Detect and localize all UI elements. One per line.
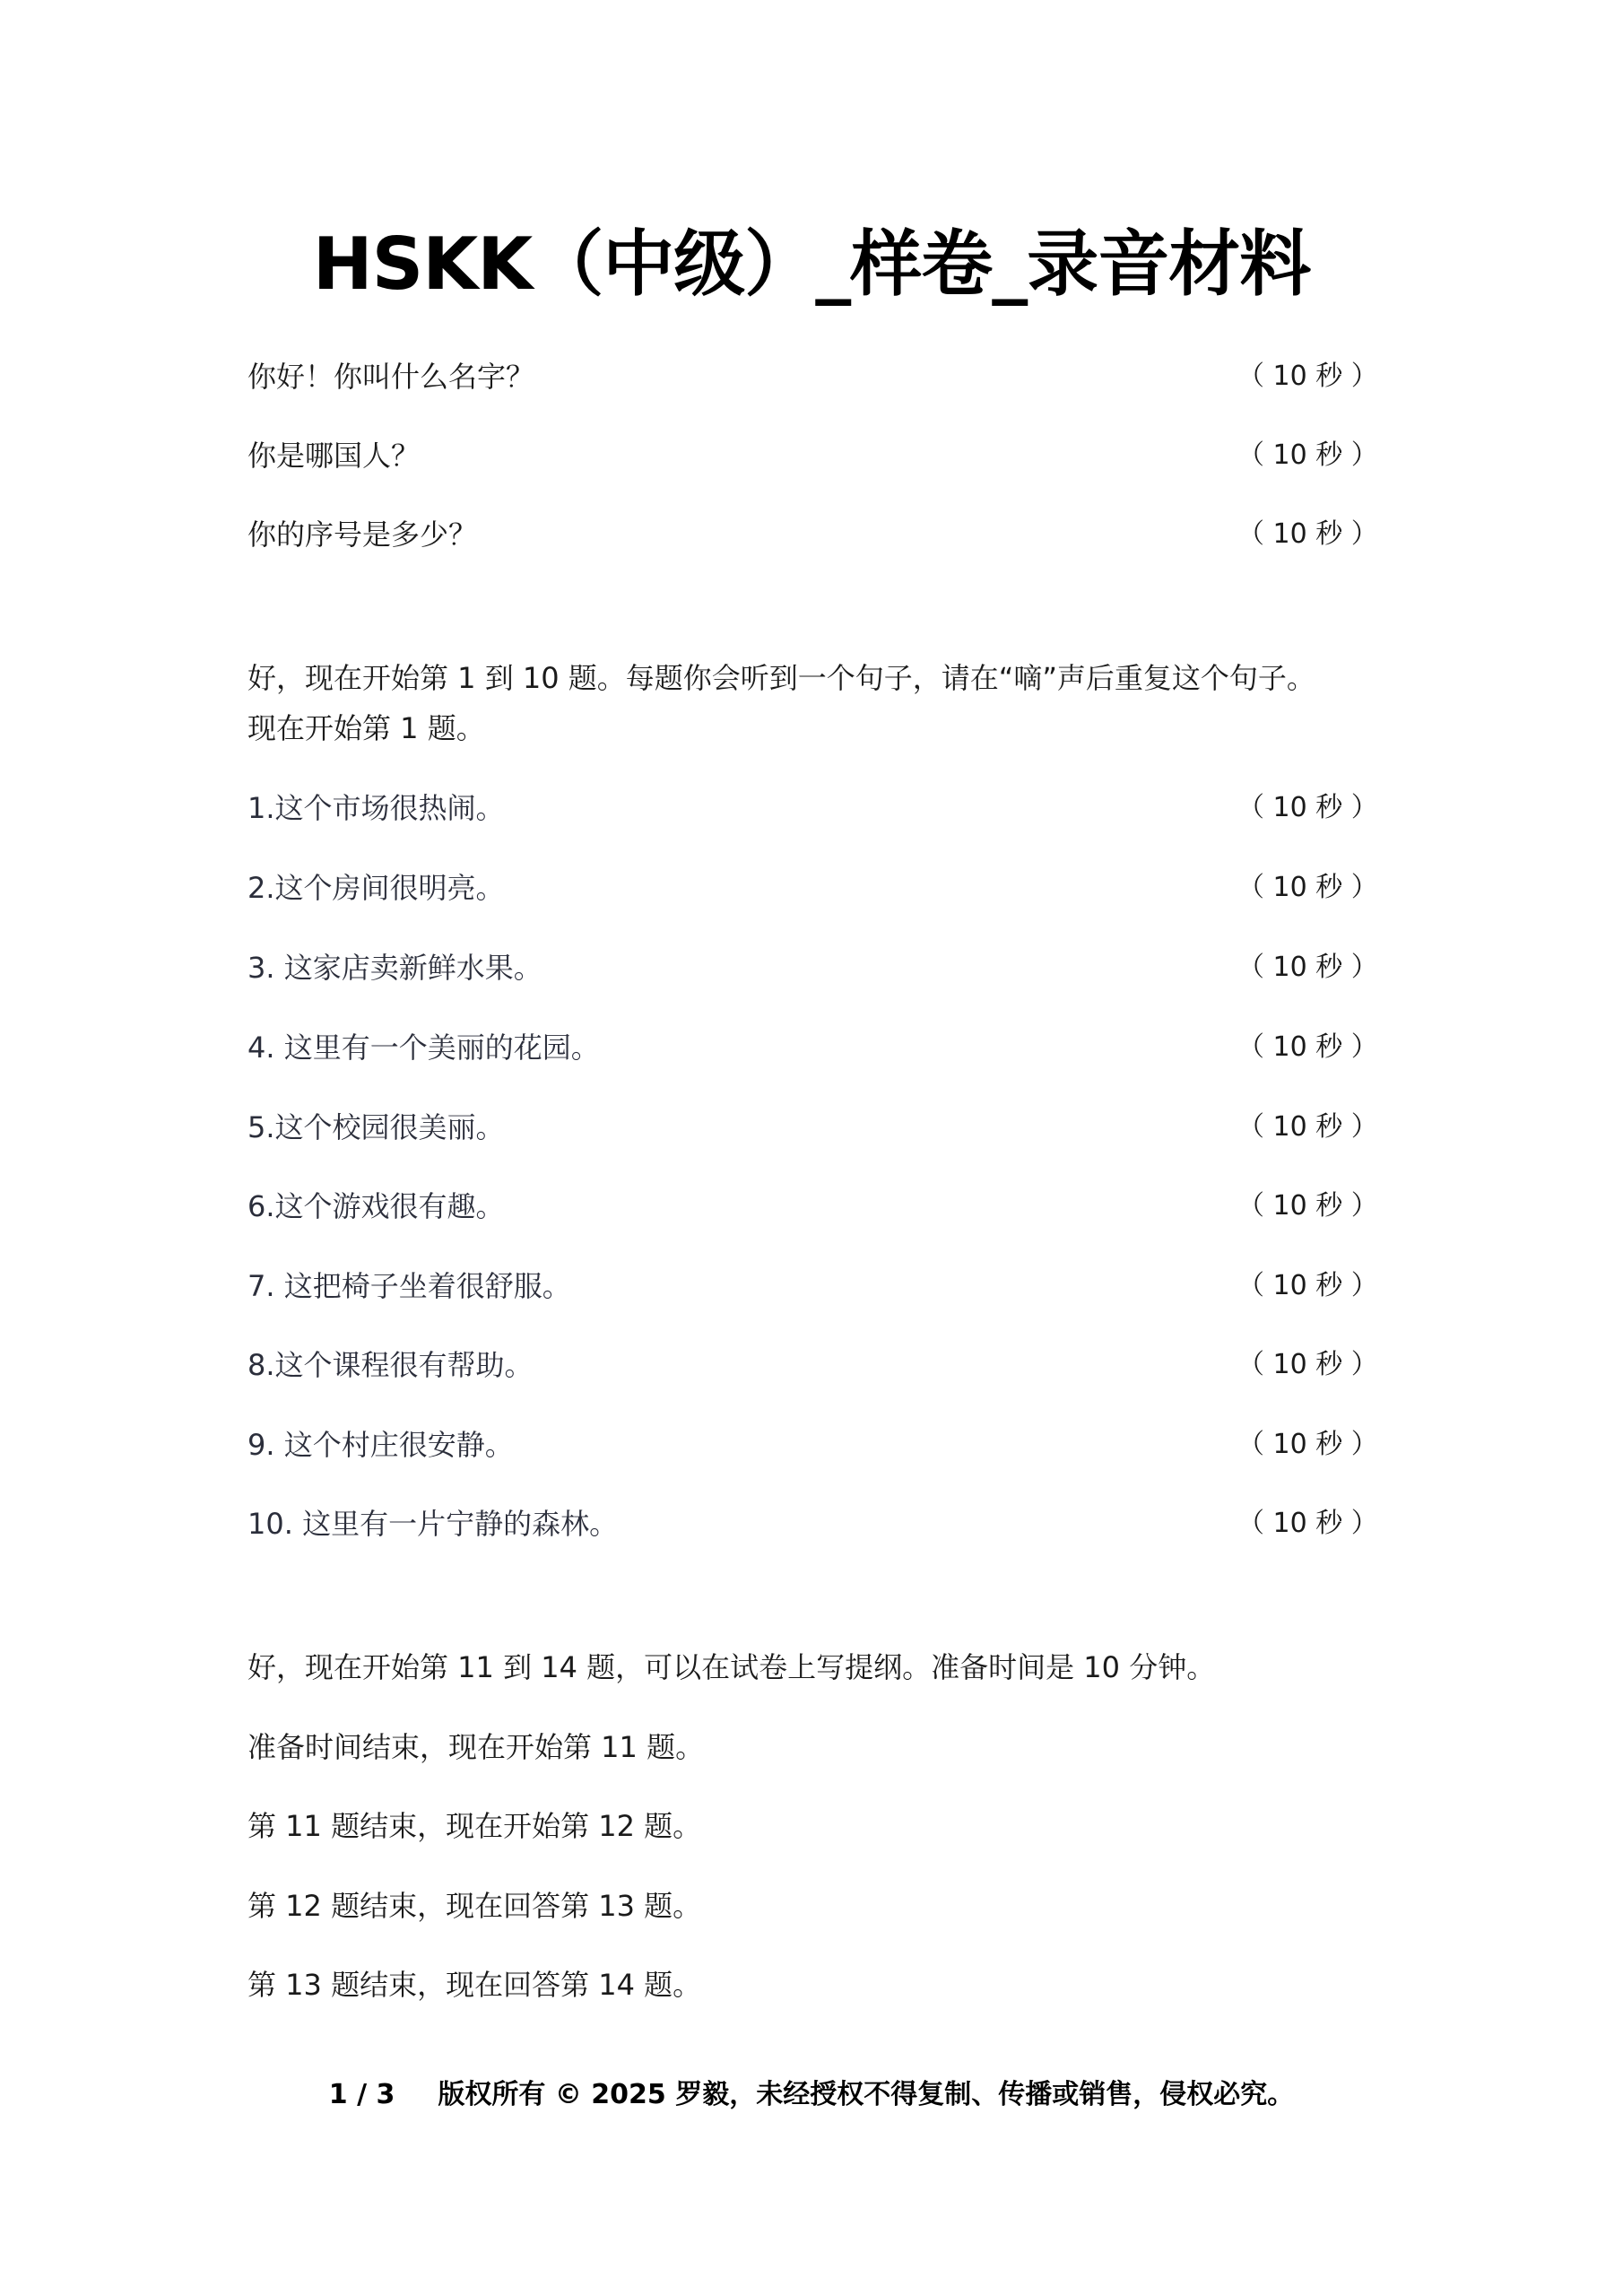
duration-label: （ 10 秒 ） — [1237, 515, 1350, 554]
intro-question: 你好！你叫什么名字？ — [247, 357, 534, 396]
repeat-item: 9. 这个村庄很安静。 — [247, 1425, 514, 1465]
duration-label: （ 10 秒 ） — [1237, 948, 1350, 987]
repeat-item: 2.这个房间很明亮。 — [247, 868, 505, 908]
repeat-item: 6.这个游戏很有趣。 — [247, 1187, 505, 1226]
instruction-line: 好，现在开始第 11 到 14 题，可以在试卷上写提纲。准备时间是 10 分钟。 — [247, 1648, 1215, 1687]
document-title: HSKK（中级）_样卷_录音材料 — [0, 215, 1623, 314]
page-footer: 1 / 3版权所有 © 2025 罗毅，未经授权不得复制、传播或销售，侵权必究。 — [0, 2075, 1623, 2115]
duration-label: （ 10 秒 ） — [1237, 357, 1350, 396]
duration-label: （ 10 秒 ） — [1237, 788, 1350, 828]
duration-label: （ 10 秒 ） — [1237, 868, 1350, 908]
repeat-item: 4. 这里有一个美丽的花园。 — [247, 1028, 600, 1067]
duration-label: （ 10 秒 ） — [1237, 1504, 1350, 1544]
instruction-line: 第 13 题结束，现在回答第 14 题。 — [247, 1965, 701, 2005]
duration-label: （ 10 秒 ） — [1237, 1345, 1350, 1385]
duration-label: （ 10 秒 ） — [1237, 1028, 1350, 1067]
instruction-line: 第 12 题结束，现在回答第 13 题。 — [247, 1886, 701, 1926]
page-number: 1 / 3 — [329, 2079, 395, 2110]
repeat-item: 8.这个课程很有帮助。 — [247, 1345, 534, 1385]
intro-question: 你的序号是多少？ — [247, 515, 477, 554]
duration-label: （ 10 秒 ） — [1237, 1425, 1350, 1465]
intro-question: 你是哪国人？ — [247, 436, 420, 475]
instruction-line: 准备时间结束，现在开始第 11 题。 — [247, 1727, 704, 1767]
repeat-item: 1.这个市场很热闹。 — [247, 788, 505, 828]
copyright-notice: 版权所有 © 2025 罗毅，未经授权不得复制、传播或销售，侵权必究。 — [438, 2079, 1294, 2110]
instruction-line: 第 11 题结束，现在开始第 12 题。 — [247, 1806, 701, 1846]
instruction-line: 好，现在开始第 1 到 10 题。每题你会听到一个句子，请在“嘀”声后重复这个句… — [247, 658, 1315, 698]
instruction-line: 现在开始第 1 题。 — [247, 709, 485, 748]
duration-label: （ 10 秒 ） — [1237, 1108, 1350, 1147]
duration-label: （ 10 秒 ） — [1237, 1187, 1350, 1226]
repeat-item: 3. 这家店卖新鲜水果。 — [247, 948, 542, 987]
repeat-item: 5.这个校园很美丽。 — [247, 1108, 505, 1147]
duration-label: （ 10 秒 ） — [1237, 1266, 1350, 1306]
duration-label: （ 10 秒 ） — [1237, 436, 1350, 475]
repeat-item: 10. 这里有一片宁静的森林。 — [247, 1504, 618, 1544]
repeat-item: 7. 这把椅子坐着很舒服。 — [247, 1266, 571, 1306]
